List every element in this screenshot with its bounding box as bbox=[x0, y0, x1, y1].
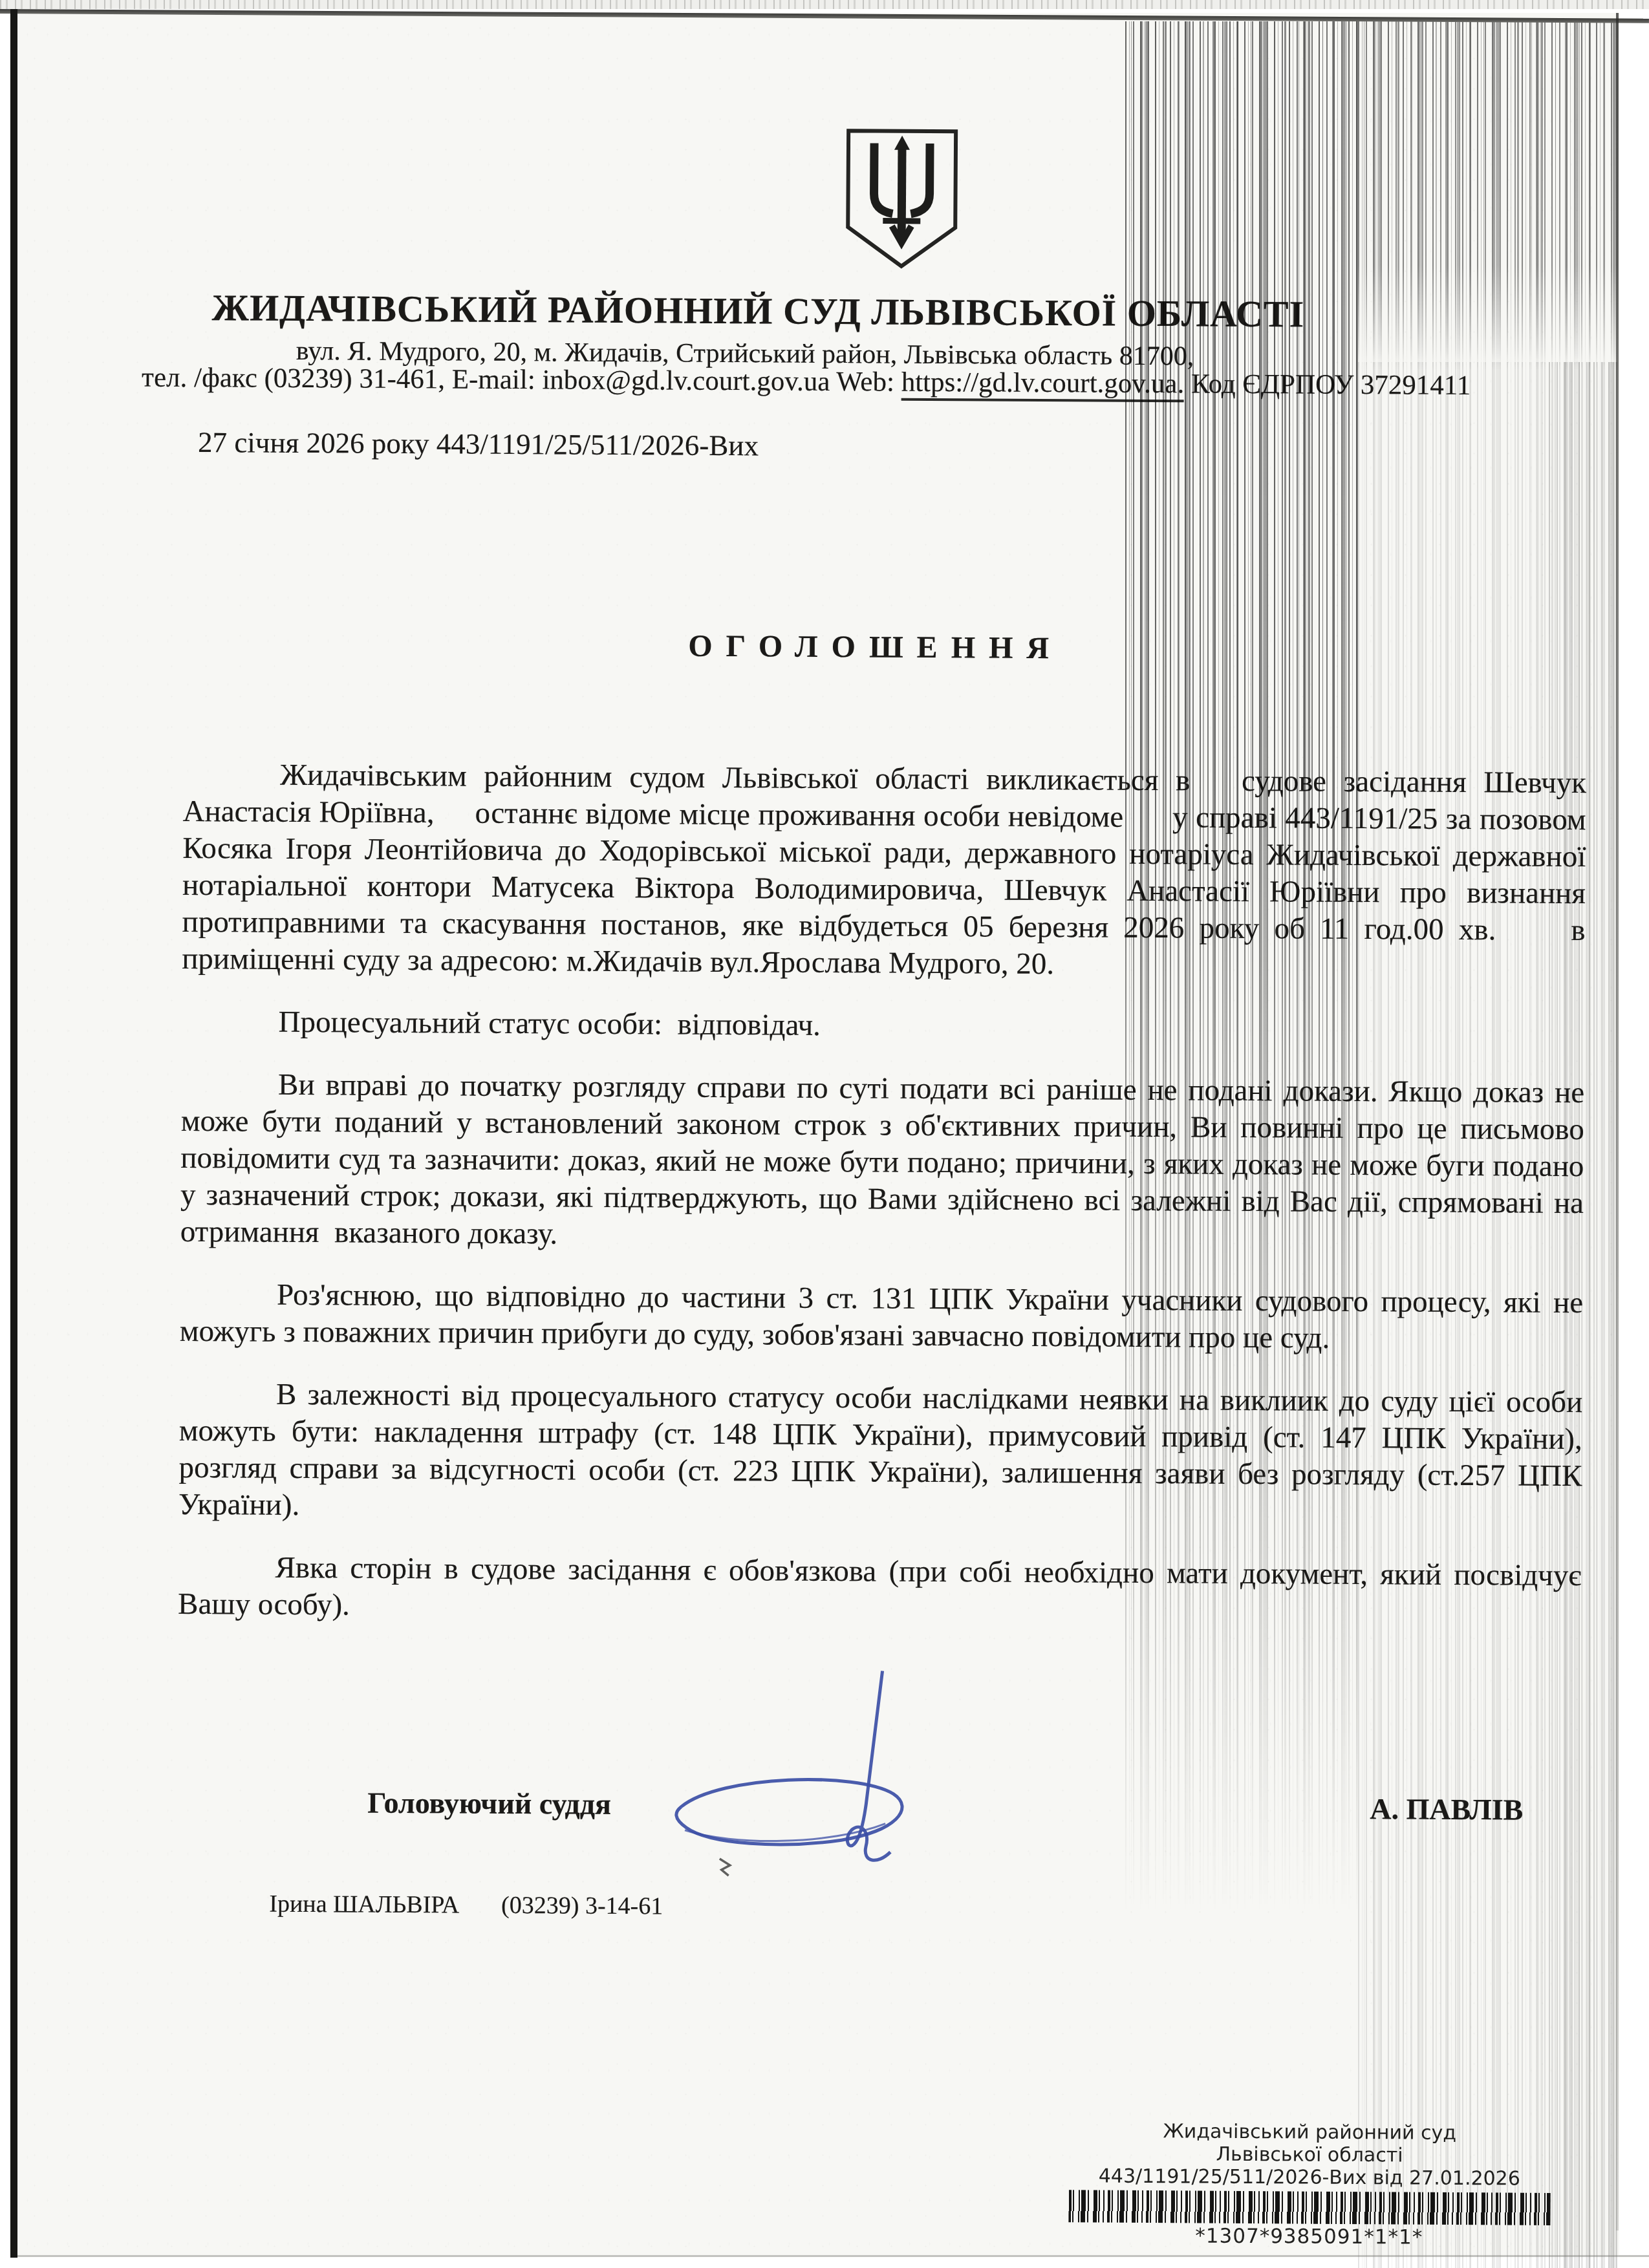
clerk-phone: (03239) 3-14-61 bbox=[501, 1892, 663, 1920]
clerk-name: Ірина ШАЛЬВІРА bbox=[269, 1890, 459, 1919]
page-content: ЖИДАЧІВСЬКИЙ РАЙОННИЙ СУД ЛЬВІВСЬКОЇ ОБЛ… bbox=[0, 0, 1649, 2268]
evidence-paragraph: Ви вправі до початку розгляду справи по … bbox=[180, 1066, 1585, 1259]
document-title: ОГОЛОШЕННЯ bbox=[688, 628, 1062, 667]
explanation-paragraph: Роз'яснюю, що відповідно до частини 3 ст… bbox=[180, 1276, 1584, 1358]
court-website-link: https://gd.lv.court.gov.ua. bbox=[901, 367, 1185, 403]
scanned-court-document: ЖИДАЧІВСЬКИЙ РАЙОННИЙ СУД ЛЬВІВСЬКОЇ ОБЛ… bbox=[0, 0, 1649, 2268]
consequences-paragraph: В залежності від процесуального статусу … bbox=[178, 1376, 1582, 1532]
barcode-text: *1307*9385091*1*1* bbox=[1040, 2224, 1577, 2250]
presiding-judge-label: Головуючий суддя bbox=[367, 1786, 611, 1821]
scan-right-border bbox=[1616, 13, 1619, 2231]
clerk-line: Ірина ШАЛЬВІРА(03239) 3-14-61 bbox=[269, 1890, 663, 1921]
ukraine-trident-emblem bbox=[840, 125, 964, 272]
footer-court-line1: Жидачівський районний суд bbox=[1041, 2119, 1578, 2145]
date-reference-line: 27 січня 2026 року 443/1191/25/511/2026-… bbox=[198, 425, 759, 462]
barcode bbox=[1068, 2190, 1550, 2225]
attendance-paragraph: Явка сторін в судове засідання є обов'яз… bbox=[178, 1549, 1582, 1631]
judge-signature-ink bbox=[654, 1667, 953, 1927]
judge-name: А. ПАВЛІВ bbox=[1370, 1792, 1523, 1826]
scan-top-edge bbox=[0, 0, 1649, 9]
ink-mark bbox=[720, 1859, 730, 1876]
scan-left-border bbox=[10, 9, 17, 2258]
court-name: ЖИДАЧІВСЬКИЙ РАЙОННИЙ СУД ЛЬВІВСЬКОЇ ОБЛ… bbox=[111, 285, 1405, 336]
edrpou-code: Код ЄДРПОУ 37291411 bbox=[1184, 369, 1471, 401]
footer-court-line2: Львівської області bbox=[1041, 2142, 1578, 2168]
summons-paragraph: Жидачівським районним судом Львівської о… bbox=[182, 756, 1586, 986]
scan-bottom-border bbox=[17, 2255, 1649, 2257]
status-paragraph: Процесуальний статус особи: відповідач. bbox=[182, 1003, 1585, 1049]
contact-text: тел. /факс (03239) 31-461, E-mail: inbox… bbox=[142, 363, 901, 398]
footer-doc-reference: 443/1191/25/511/2026-Вих від 27.01.2026 bbox=[1041, 2165, 1578, 2190]
registration-footer: Жидачівський районний суд Львівської обл… bbox=[1040, 2119, 1578, 2250]
document-body: Жидачівським районним судом Львівської о… bbox=[178, 756, 1586, 1657]
